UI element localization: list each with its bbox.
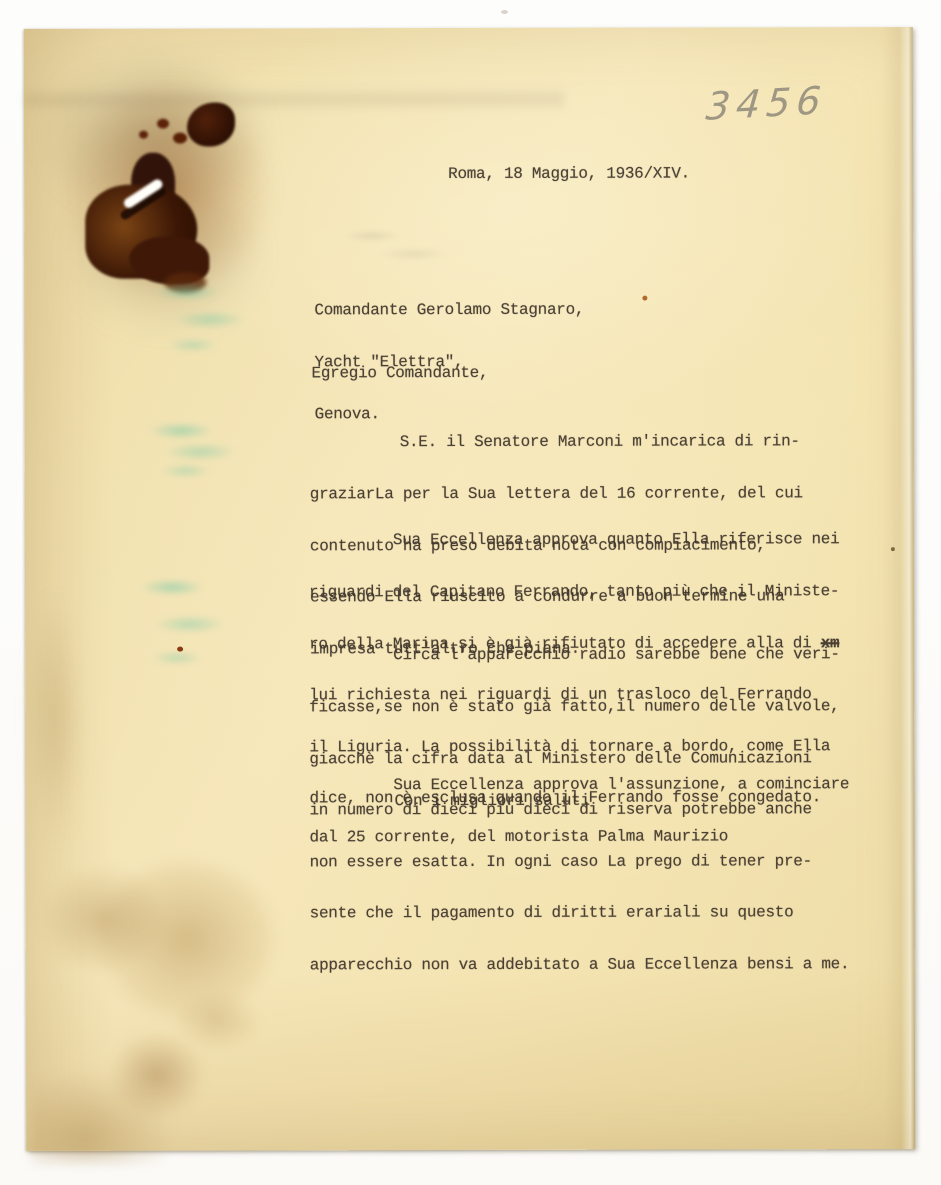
pencil-smudge xyxy=(330,220,470,272)
archival-number: 3456 xyxy=(704,78,828,129)
water-stain xyxy=(25,589,86,849)
letter-line: dal 25 corrente, del motorista Palma Mau… xyxy=(310,828,850,846)
burn-stain xyxy=(69,86,264,291)
letter-line: S.E. il Senatore Marconi m'incarica di r… xyxy=(310,434,803,452)
burn-blob xyxy=(85,185,197,279)
burn-blob xyxy=(187,102,235,146)
gray-stain xyxy=(34,46,274,227)
teal-smudge xyxy=(143,416,263,480)
letter-line: Circa l'apparecchio radio sarebbe bene c… xyxy=(309,647,849,665)
burn-dot xyxy=(139,131,148,139)
gray-stain xyxy=(59,168,269,338)
burn-dot xyxy=(173,133,187,144)
burn-halo xyxy=(57,74,276,303)
letter-line: riguardi del Capitano Ferrando, tanto pi… xyxy=(309,583,840,601)
burn-white-streak xyxy=(122,177,164,209)
scanner-background: 3456 Roma, 18 Maggio, 1936/XIV. Comandan… xyxy=(0,0,941,1185)
salutation: Egregio Comandante, xyxy=(312,365,489,383)
fold-line xyxy=(24,86,564,113)
closing-line: Con i migliori saluti xyxy=(309,793,589,811)
paper-edge-shading xyxy=(882,27,915,1149)
recipient-line: Comandante Gerolamo Stagnaro, xyxy=(314,302,584,320)
burn-blob xyxy=(164,273,206,293)
letter-line: sente che il pagamento di diritti eraria… xyxy=(310,905,850,923)
burn-streak-shadow xyxy=(119,185,167,221)
water-stain xyxy=(30,823,331,1164)
teal-smudge xyxy=(137,562,247,674)
ink-speck xyxy=(891,547,895,551)
scanner-speck xyxy=(501,10,508,14)
burn-blob xyxy=(129,237,209,285)
letter-line: Sua Eccellenza approva quanto Ella rifer… xyxy=(309,532,840,550)
letter-line: apparecchio non va addebitato a Sua Ecce… xyxy=(310,956,850,974)
letter-date: Roma, 18 Maggio, 1936/XIV. xyxy=(448,166,690,184)
ink-speck xyxy=(642,296,647,301)
letter-paper: 3456 Roma, 18 Maggio, 1936/XIV. Comandan… xyxy=(24,27,915,1151)
letter-line: ficasse,se non è stato già fatto,il nume… xyxy=(309,698,849,716)
burn-blob xyxy=(131,153,175,215)
paragraph-4: Sua Eccellenza approva l'assunzione, a c… xyxy=(309,742,849,881)
teal-smudge xyxy=(142,273,282,357)
ink-speck xyxy=(177,647,183,652)
burn-dot xyxy=(157,119,169,129)
